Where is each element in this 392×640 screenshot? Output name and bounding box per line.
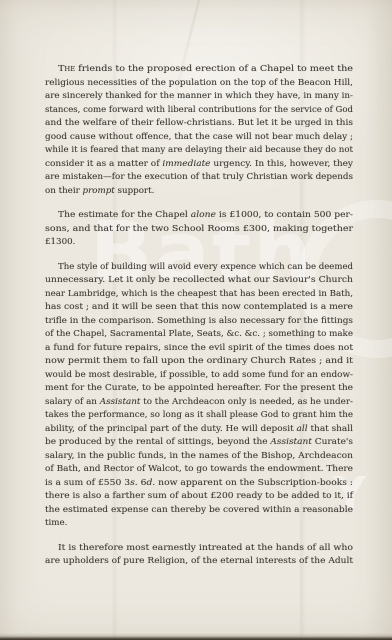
text-line: are sincerely thanked for the manner in …	[45, 90, 353, 104]
text-line: are upholders of pure Religion, of the e…	[45, 555, 353, 569]
text-line: near Lambridge, which is the cheapest th…	[45, 288, 353, 302]
text-line: the estimated expense can thereby be cov…	[45, 504, 353, 518]
text-line: is a sum of £550 3s. 6d. now apparent on…	[45, 477, 353, 491]
paragraph: The style of building will avoid every e…	[45, 261, 353, 531]
document-text: The friends to the proposed erection of …	[45, 63, 353, 569]
text-line: would be most desirable, if possible, to…	[45, 369, 353, 383]
text-line: The friends to the proposed erection of …	[45, 63, 353, 77]
text-line: religious necessities of the population …	[45, 77, 353, 91]
text-line: while it is feared that many are delayin…	[45, 144, 353, 158]
text-line: and the welfare of their fellow-christia…	[45, 117, 353, 131]
text-line: salary, in the public funds, in the name…	[45, 450, 353, 464]
scanned-document-page: Bath Y The friends to the proposed erect…	[0, 0, 392, 640]
text-line: takes the performance, so long as it sha…	[45, 409, 353, 423]
text-line: trifle in the comparison. Something is a…	[45, 315, 353, 329]
text-line: ability, of the principal part of the du…	[45, 423, 353, 437]
scan-bottom-edge	[0, 633, 392, 640]
text-line: It is therefore most earnestly intreated…	[45, 542, 353, 556]
text-line: of the Chapel, Sacramental Plate, Seats,…	[45, 328, 353, 342]
text-line: unnecessary. Let it only be recollected …	[45, 274, 353, 288]
text-line: there is also a farther sum of about £20…	[45, 490, 353, 504]
text-line: has cost ; and it will be seen that this…	[45, 301, 353, 315]
text-line: on their prompt support.	[45, 185, 353, 199]
text-line: a fund for future repairs, since the evi…	[45, 342, 353, 356]
text-line: of Bath, and Rector of Walcot, to go tow…	[45, 463, 353, 477]
text-line: ment for the Curate, to be appointed her…	[45, 382, 353, 396]
text-line: The estimate for the Chapel alone is £10…	[45, 209, 353, 223]
text-line: good cause without offence, that the cas…	[45, 131, 353, 145]
text-line: The style of building will avoid every e…	[45, 261, 353, 275]
text-line: now permit them to fall upon the ordinar…	[45, 355, 353, 369]
text-line: salary of an Assistant to the Archdeacon…	[45, 396, 353, 410]
text-line: sons, and that for the two School Rooms …	[45, 223, 353, 237]
text-line: stances, come forward with liberal contr…	[45, 104, 353, 118]
paragraph: The friends to the proposed erection of …	[45, 63, 353, 198]
text-line: consider it as a matter of immediate urg…	[45, 158, 353, 172]
paragraph: The estimate for the Chapel alone is £10…	[45, 209, 353, 250]
text-line: £1300.	[45, 236, 353, 250]
text-line: be produced by the rental of sittings, b…	[45, 436, 353, 450]
text-line: are mistaken—for the execution of that t…	[45, 171, 353, 185]
text-line: time.	[45, 517, 353, 531]
paragraph: It is therefore most earnestly intreated…	[45, 542, 353, 569]
